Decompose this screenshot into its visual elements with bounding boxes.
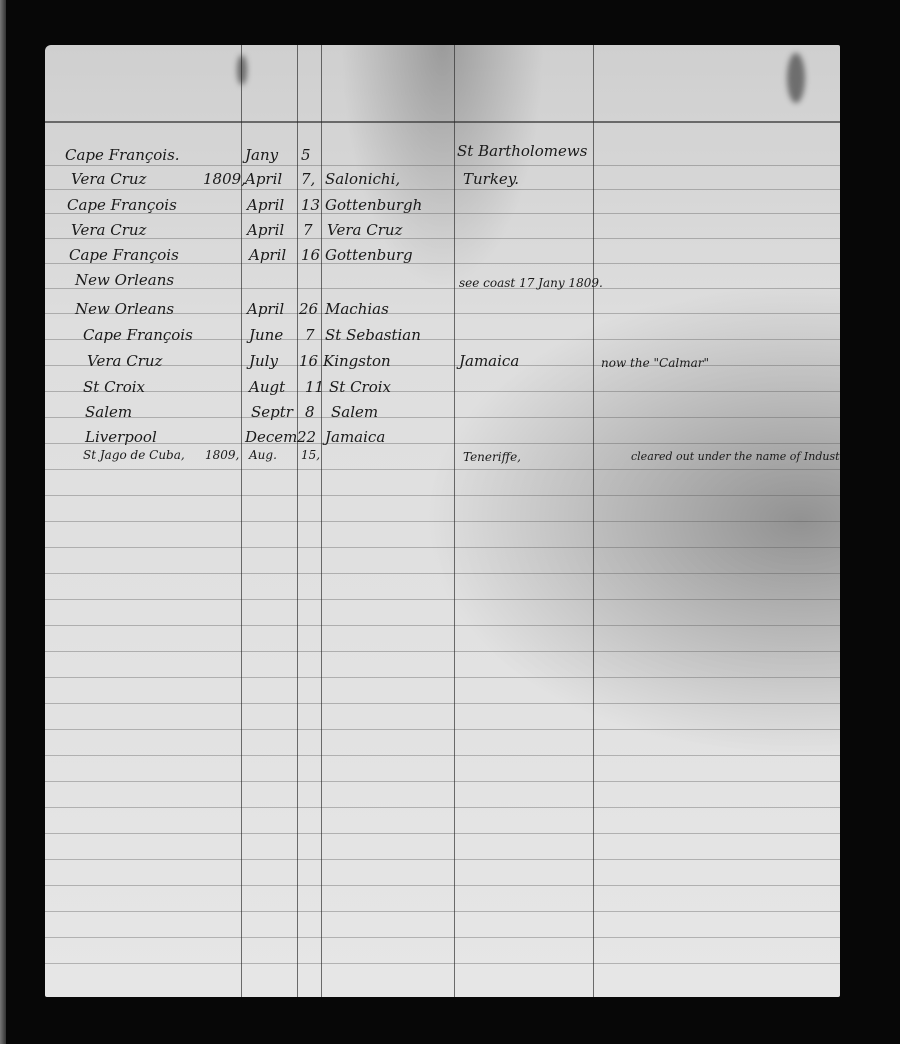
ruled-line <box>45 885 840 886</box>
entry-destination: Machias <box>325 299 389 319</box>
entry-month: April <box>245 169 282 189</box>
ruled-line <box>45 391 840 392</box>
entry-notes: Jamaica <box>459 351 519 371</box>
entry-notes: Turkey. <box>463 169 519 189</box>
ruled-line <box>45 573 840 574</box>
entry-remarks: now the "Calmar" <box>601 353 709 373</box>
entry-month: April <box>247 220 284 240</box>
entry-notes: Teneriffe, <box>463 447 521 467</box>
entry-month: June <box>249 325 283 345</box>
entry-port: Cape François <box>67 195 177 215</box>
entry-destination: St Croix <box>329 377 391 397</box>
ruled-line <box>45 651 840 652</box>
entry-day: 15, <box>301 445 320 465</box>
entry-day: 26 <box>299 299 318 319</box>
entry-day: 7, <box>301 169 315 189</box>
entry-day: 13 <box>301 195 320 215</box>
ruled-line <box>45 729 840 730</box>
ruled-line <box>45 807 840 808</box>
column-divider <box>454 45 455 997</box>
ruled-line <box>45 365 840 366</box>
entry-day: 5 <box>301 145 311 165</box>
entry-port: St Jago de Cuba, <box>83 445 185 465</box>
ruled-line <box>45 963 840 964</box>
entry-year: 1809, <box>205 445 239 465</box>
ruled-line <box>45 547 840 548</box>
ruled-line <box>45 703 840 704</box>
entry-month: Jany <box>245 145 278 165</box>
ink-stain <box>237 55 247 85</box>
entry-month: April <box>249 245 286 265</box>
film-edge <box>0 0 6 1044</box>
ruled-line <box>45 495 840 496</box>
entry-month: Decem <box>245 427 297 447</box>
entry-day: 22 <box>297 427 316 447</box>
entry-year: 1809, <box>203 169 246 189</box>
entry-month: April <box>247 299 284 319</box>
ruled-line <box>45 165 840 166</box>
ruled-line <box>45 521 840 522</box>
ruled-line <box>45 417 840 418</box>
entry-day: 7 <box>305 325 315 345</box>
header-rule <box>45 121 840 123</box>
entry-destination: Gottenburgh <box>325 195 422 215</box>
ruled-line <box>45 859 840 860</box>
entry-port: Cape François <box>69 245 179 265</box>
ruled-line <box>45 599 840 600</box>
entry-port: Liverpool <box>85 427 157 447</box>
entry-day: 11 <box>305 377 324 397</box>
entry-destination: Gottenburg <box>325 245 413 265</box>
ruled-line <box>45 833 840 834</box>
entry-month: April <box>247 195 284 215</box>
entry-day: 7 <box>303 220 313 240</box>
entry-month: July <box>249 351 278 371</box>
entry-port: Vera Cruz <box>87 351 162 371</box>
column-divider <box>593 45 594 997</box>
entry-destination: St Sebastian <box>325 325 421 345</box>
ruled-line <box>45 937 840 938</box>
entry-port: New Orleans <box>75 299 174 319</box>
ruled-line <box>45 443 840 444</box>
ruled-line <box>45 189 840 190</box>
entry-destination: Kingston <box>323 351 391 371</box>
column-divider <box>321 45 322 997</box>
entry-day: 16 <box>299 351 318 371</box>
column-divider <box>297 45 298 997</box>
entry-port: Vera Cruz <box>71 220 146 240</box>
entry-month: Septr <box>251 402 293 422</box>
ruled-line <box>45 677 840 678</box>
entry-destination: Salonichi, <box>325 169 400 189</box>
entry-port: Cape François <box>83 325 193 345</box>
entry-port: Vera Cruz <box>71 169 146 189</box>
entry-notes: St Bartholomews <box>457 141 587 161</box>
ruled-line <box>45 781 840 782</box>
entry-port: St Croix <box>83 377 145 397</box>
entry-destination: Salem <box>331 402 378 422</box>
ruled-line <box>45 911 840 912</box>
ruled-line <box>45 625 840 626</box>
entry-month: Aug. <box>249 445 277 465</box>
entry-remarks: cleared out under the name of Industry. <box>631 447 840 467</box>
ruled-line <box>45 469 840 470</box>
entry-day: 8 <box>305 402 315 422</box>
entry-destination: Jamaica <box>325 427 385 447</box>
ink-stain <box>787 53 805 103</box>
entry-port: New Orleans <box>75 270 174 290</box>
entry-destination: Vera Cruz <box>327 220 402 240</box>
ruled-line <box>45 755 840 756</box>
entry-port: Salem <box>85 402 132 422</box>
entry-port: Cape François. <box>65 145 180 165</box>
entry-day: 16 <box>301 245 320 265</box>
entry-notes: see coast 17 Jany 1809. <box>459 273 603 293</box>
entry-month: Augt <box>249 377 285 397</box>
ruled-line <box>45 238 840 239</box>
ledger-page: Cape François. Jany 5 St Bartholomews Ve… <box>45 45 840 997</box>
